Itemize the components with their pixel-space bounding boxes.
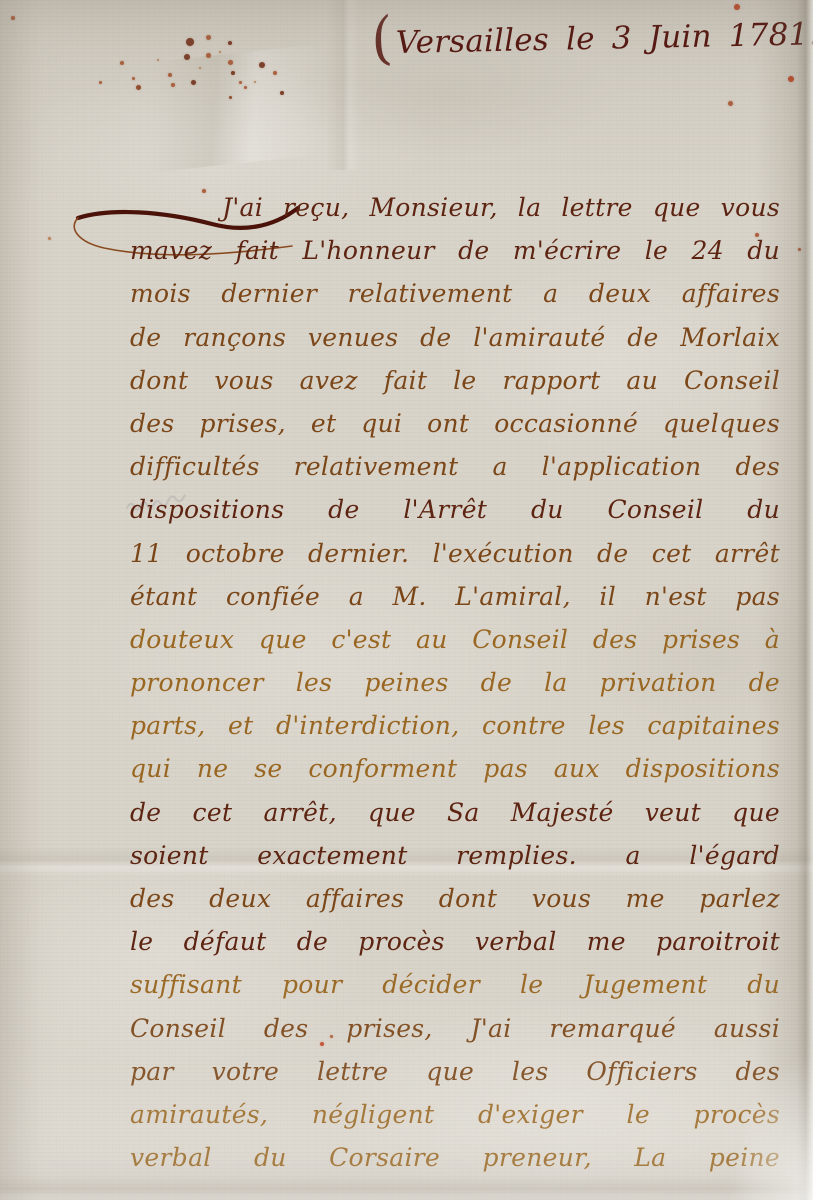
manuscript-line: de rançons venues de l'amirauté de Morla… [130, 316, 780, 359]
manuscript-line: mavez fait L'honneur de m'écrire le 24 d… [130, 229, 780, 272]
manuscript-line: des deux affaires dont vous me parlez [130, 877, 780, 920]
foxing-spot [184, 54, 190, 60]
foxing-spot [48, 237, 51, 240]
manuscript-scan: { "document": { "dateline": "Versailles … [0, 0, 813, 1200]
foxing-spot [734, 4, 740, 10]
foxing-spot [136, 85, 141, 90]
manuscript-line: des prises, et qui ont occasionné quelqu… [130, 402, 780, 445]
dateline: ( Versailles le 3 Juin 1781. [369, 11, 810, 86]
foxing-spot [171, 83, 175, 87]
manuscript-line: de cet arrêt, que Sa Majesté veut que [130, 791, 780, 834]
calligraphic-flourish-icon: ( [368, 23, 396, 57]
manuscript-line: difficultés relativement a l'application… [130, 445, 780, 488]
foxing-spot [228, 41, 232, 45]
foxing-spot [11, 16, 15, 20]
manuscript-line: par votre lettre que les Officiers des [130, 1050, 780, 1093]
manuscript-line: prononcer les peines de la privation de [130, 661, 780, 704]
dateline-text: Versailles le 3 Juin 1781. [396, 16, 813, 61]
manuscript-line: dont vous avez fait le rapport au Consei… [130, 359, 780, 402]
foxing-spot [132, 77, 135, 80]
foxing-spot [99, 81, 102, 84]
manuscript-line: douteux que c'est au Conseil des prises … [130, 618, 780, 661]
foxing-spot [191, 80, 196, 85]
manuscript-line: soient exactement remplies. a l'égard [130, 834, 780, 877]
manuscript-line: le défaut de procès verbal me paroitroit [130, 920, 780, 963]
foxing-spot [168, 73, 172, 77]
manuscript-page: ( Versailles le 3 Juin 1781. J'ai reçu, … [0, 0, 813, 1200]
foxing-spot [259, 62, 265, 68]
foxing-spot [186, 38, 194, 46]
foxing-spot [206, 35, 211, 40]
letter-body: J'ai reçu, Monsieur, la lettre que vous … [130, 186, 780, 1179]
page-corner-highlight [723, 1040, 813, 1200]
manuscript-line: dispositions de l'Arrêt du Conseil du [130, 488, 780, 531]
foxing-spot [229, 96, 232, 99]
foxing-spot [273, 71, 277, 75]
page-edge [797, 0, 813, 1200]
foxing-spot [239, 81, 242, 84]
manuscript-line: amirautés, négligent d'exiger le procès [130, 1093, 780, 1136]
manuscript-line: suffisant pour décider le Jugement du [130, 963, 780, 1006]
foxing-spot [120, 61, 124, 65]
foxing-spot [280, 91, 284, 95]
manuscript-line: verbal du Corsaire preneur, La peine [130, 1136, 780, 1179]
foxing-spot [206, 53, 211, 58]
manuscript-line: Conseil des prises, J'ai remarqué aussi [130, 1007, 780, 1050]
manuscript-line: J'ai reçu, Monsieur, la lettre que vous [130, 186, 780, 229]
foxing-spot [231, 71, 235, 75]
foxing-spot [728, 101, 733, 106]
foxing-spot [244, 86, 247, 89]
manuscript-line: 11 octobre dernier. l'exécution de cet a… [130, 532, 780, 575]
foxing-spot [228, 60, 233, 65]
manuscript-line: qui ne se conforment pas aux disposition… [130, 747, 780, 790]
manuscript-line: étant confiée a M. L'amiral, il n'est pa… [130, 575, 780, 618]
manuscript-line: parts, et d'interdiction, contre les cap… [130, 704, 780, 747]
manuscript-line: mois dernier relativement a deux affaire… [130, 272, 780, 315]
